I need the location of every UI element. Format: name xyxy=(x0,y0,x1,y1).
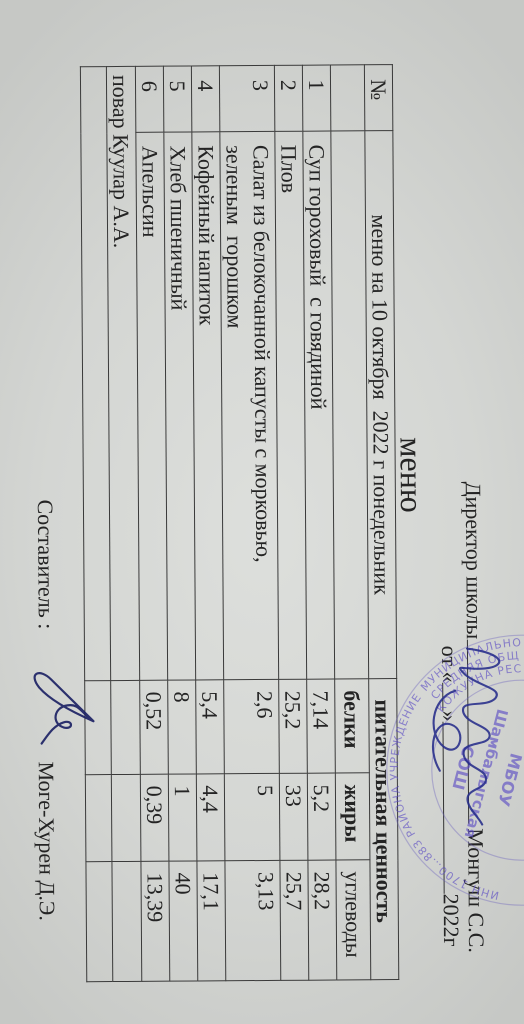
director-signature-blank xyxy=(467,639,487,823)
fats-value: 5,2 xyxy=(307,773,336,860)
proteins-value: 0,52 xyxy=(140,680,169,774)
date-open: от « xyxy=(437,646,462,683)
row-number: 4 xyxy=(191,66,219,132)
table-subheader-row: белки жиры углеводы xyxy=(330,65,370,980)
row-number: 6 xyxy=(135,66,163,132)
proteins-column-header: белки xyxy=(335,679,370,773)
document-title: меню xyxy=(393,419,430,531)
menu-caption-header: меню на 10 октября 2022 г понедельник xyxy=(365,131,397,679)
empty-cell xyxy=(85,681,112,775)
cook-name: повар Куулар А.А. xyxy=(106,66,139,680)
dish-name: Плов xyxy=(275,131,307,679)
carbs-value: 28,2 xyxy=(308,860,337,980)
carbs-value: 17,1 xyxy=(197,861,226,981)
compiler-label: Составитель : xyxy=(32,499,59,629)
carbs-value: 40 xyxy=(169,861,198,981)
stamp-center-line: МБОУ xyxy=(494,751,524,808)
menu-document-sheet: Директор школыМонгуш С.С. от «»2022г мен… xyxy=(0,0,524,1024)
dish-name: Кофейный напиток xyxy=(192,132,224,680)
dish-name-line-1: Салат из белокочанной капусты с морковью… xyxy=(247,145,278,679)
table-header-row: № меню на 10 октября 2022 г понедельник … xyxy=(364,65,398,980)
fats-column-header: жиры xyxy=(335,773,370,860)
empty-cell xyxy=(86,862,113,982)
menu-table: № меню на 10 октября 2022 г понедельник … xyxy=(80,64,399,982)
carbs-column-header: углеводы xyxy=(336,860,371,980)
date-close: » xyxy=(437,710,462,721)
fats-value: 33 xyxy=(279,773,308,860)
empty-cell xyxy=(112,861,142,981)
empty-cell xyxy=(111,680,141,774)
day-blank xyxy=(442,682,461,710)
empty-cell xyxy=(80,67,110,681)
carbs-value: 3,13 xyxy=(225,860,281,980)
fats-value: 1 xyxy=(168,774,197,861)
director-name: Монгуш С.С. xyxy=(463,828,489,953)
dish-name: Апельсин xyxy=(136,132,168,680)
fats-value: 5 xyxy=(224,773,280,860)
fats-value: 4,4 xyxy=(196,774,225,861)
proteins-value: 8 xyxy=(168,680,197,774)
proteins-value: 25,2 xyxy=(279,679,308,773)
table-row: 3 Салат из белокочанной капусты с морков… xyxy=(219,65,280,980)
carbs-value: 13,39 xyxy=(141,861,170,981)
month-blank xyxy=(442,721,462,893)
row-number: 3 xyxy=(219,65,274,131)
dish-name-line-2: зеленым горошком xyxy=(220,145,251,679)
row-number: 2 xyxy=(274,65,302,131)
director-approval-line: Директор школыМонгуш С.С. xyxy=(460,481,489,953)
row-number: 5 xyxy=(163,66,191,132)
approval-year: 2022г xyxy=(439,893,464,946)
nutrition-value-header: питательная ценность xyxy=(369,679,399,980)
dish-name: Салат из белокочанной капусты с морковью… xyxy=(220,131,279,679)
empty-cell xyxy=(330,65,364,131)
dish-name: Хлеб пшеничный xyxy=(164,132,196,680)
director-title: Директор школы xyxy=(461,481,487,639)
number-column-header: № xyxy=(364,65,392,131)
fats-value: 0,39 xyxy=(140,774,169,861)
row-number: 1 xyxy=(302,65,330,131)
proteins-value: 5,4 xyxy=(196,680,225,774)
carbs-value: 25,7 xyxy=(280,860,309,980)
proteins-value: 2,6 xyxy=(224,679,280,773)
approval-date-line: от «»2022г xyxy=(436,646,464,947)
empty-cell xyxy=(111,774,141,861)
compiler-name: Моге-Хурен Д.Э. xyxy=(33,761,60,921)
dish-name: Суп гороховый с говядиной xyxy=(303,131,335,679)
empty-cell xyxy=(85,775,112,862)
proteins-value: 7,14 xyxy=(307,679,336,773)
empty-cell xyxy=(331,131,369,679)
